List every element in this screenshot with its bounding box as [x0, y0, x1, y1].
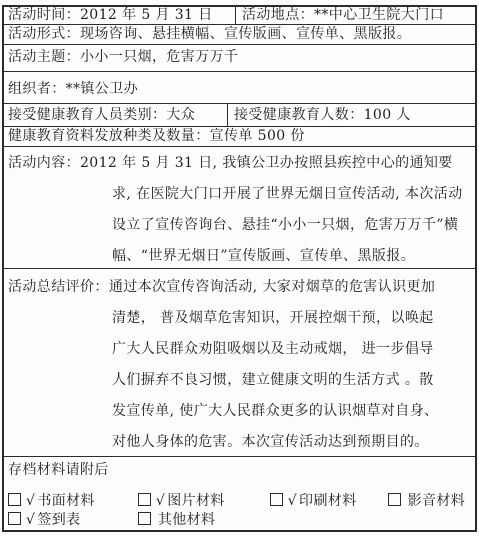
archive-item-label: 印刷材料 [299, 493, 357, 509]
archive-item-av-materials: 影音材料 [388, 492, 466, 511]
archive-item-other-materials: 其他材料 [138, 511, 216, 530]
archive-checkbox-line: √书面材料 √图片材料 √印刷材料 影音材料 [8, 492, 475, 511]
row-activity-theme: 活动主题：小小一只烟，危害万万千 [4, 45, 475, 72]
activity-location-cell: 活动地点：**中心卫生院大门口 [236, 7, 475, 24]
activity-theme-cell: 活动主题：小小一只烟，危害万万千 [4, 45, 475, 71]
checkbox-icon [8, 493, 21, 506]
checkbox-icon [270, 493, 283, 506]
row-materials: 健康教育资料发放种类及数量：宣传单 500 份 [4, 127, 475, 147]
activity-time-cell: 活动时间：2012 年 5 月 31 日 [4, 7, 236, 24]
checkbox-icon [138, 493, 151, 506]
summary-line: 清楚， 普及烟草危害知识，开展控烟干预，以唤起 [8, 303, 475, 334]
summary-line: 活动总结评价：通过本次宣传咨询活动, 大家对烟草的危害认识更加 [8, 272, 475, 303]
organizer-value: **镇公卫办 [66, 81, 138, 97]
checkbox-icon [138, 512, 151, 525]
activity-summary-cell: 活动总结评价：通过本次宣传咨询活动, 大家对烟草的危害认识更加 清楚， 普及烟草… [4, 269, 475, 456]
archive-title: 存档材料请附后 [8, 457, 475, 479]
checkbox-icon [8, 512, 21, 525]
checkbox-icon [388, 493, 401, 506]
audience-count-label: 接受健康教育人数： [234, 107, 364, 123]
activity-form-label: 活动形式： [8, 26, 80, 42]
row-organizer: 组织者：**镇公卫办 [4, 72, 475, 104]
materials-cell: 健康教育资料发放种类及数量：宣传单 500 份 [4, 127, 475, 146]
activity-content-cell: 活动内容：2012 年 5 月 31 日, 我镇公卫办按照县疾控中心的通知要 求… [4, 147, 475, 268]
row-archive-materials: 存档材料请附后 √书面材料 √图片材料 √印刷材料 影音材料 √签到表 其他材料 [4, 457, 475, 530]
archive-item-signin-sheet: √签到表 [8, 511, 133, 530]
content-line: 设立了宣传咨询台、悬挂“小小一只烟，危害万万千”横 [8, 210, 475, 241]
audience-type-label: 接受健康教育人员类别： [8, 107, 166, 123]
summary-line: 对他人身体的危害。本次宣传活动达到预期目的。 [8, 427, 475, 456]
activity-record-table: 活动时间：2012 年 5 月 31 日 活动地点：**中心卫生院大门口 活动形… [2, 5, 477, 532]
content-line: 求, 在医院大门口开展了世界无烟日宣传活动, 本次活动 [8, 179, 475, 210]
audience-count-cell: 接受健康教育人数：100 人 [228, 104, 475, 126]
summary-line-text: 通过本次宣传咨询活动, 大家对烟草的危害认识更加 [109, 279, 436, 295]
content-line: 活动内容：2012 年 5 月 31 日, 我镇公卫办按照县疾控中心的通知要 [8, 148, 475, 179]
archive-item-written-materials: √书面材料 [8, 492, 133, 511]
row-activity-form: 活动形式：现场咨询、悬挂横幅、宣传版画、宣传单、黑版报。 [4, 25, 475, 45]
archive-item-label: 书面材料 [37, 493, 95, 509]
activity-theme-label: 活动主题： [8, 49, 80, 65]
archive-item-photo-materials: √图片材料 [138, 492, 265, 511]
audience-count-value: 100 人 [364, 107, 411, 123]
audience-type-value: 大众 [166, 107, 195, 123]
health-education-activity-record: 活动时间：2012 年 5 月 31 日 活动地点：**中心卫生院大门口 活动形… [0, 0, 479, 536]
content-line: 幅、“世界无烟日”宣传版画、宣传单、黑版报。 [8, 241, 475, 268]
archive-cell: 存档材料请附后 √书面材料 √图片材料 √印刷材料 影音材料 √签到表 其他材料 [4, 457, 475, 530]
row-audience: 接受健康教育人员类别：大众 接受健康教育人数：100 人 [4, 104, 475, 127]
activity-location-label: 活动地点： [242, 7, 314, 23]
activity-location-value: **中心卫生院大门口 [314, 7, 444, 23]
activity-time-value: 2012 年 5 月 31 日 [80, 7, 213, 23]
materials-value: 宣传单 500 份 [210, 128, 305, 144]
content-line-text: 2012 年 5 月 31 日, 我镇公卫办按照县疾控中心的通知要 [80, 155, 453, 171]
row-activity-summary: 活动总结评价：通过本次宣传咨询活动, 大家对烟草的危害认识更加 清楚， 普及烟草… [4, 269, 475, 457]
archive-item-label: 图片材料 [167, 493, 225, 509]
summary-line: 人们摒弃不良习惯，建立健康文明的生活方式 。散 [8, 365, 475, 396]
row-time-location: 活动时间：2012 年 5 月 31 日 活动地点：**中心卫生院大门口 [4, 7, 475, 25]
activity-content-label: 活动内容： [8, 155, 80, 171]
summary-line: 广大人民群众劝阻吸烟以及主动戒烟， 进一步倡导 [8, 334, 475, 365]
row-activity-content: 活动内容：2012 年 5 月 31 日, 我镇公卫办按照县疾控中心的通知要 求… [4, 147, 475, 269]
audience-type-cell: 接受健康教育人员类别：大众 [4, 104, 228, 126]
check-mark: √ [288, 493, 297, 509]
archive-checkbox-line: √签到表 其他材料 [8, 511, 475, 530]
archive-item-print-materials: √印刷材料 [270, 492, 383, 511]
activity-form-value: 现场咨询、悬挂横幅、宣传版画、宣传单、黑版报。 [80, 26, 411, 42]
activity-form-cell: 活动形式：现场咨询、悬挂横幅、宣传版画、宣传单、黑版报。 [4, 25, 475, 44]
activity-time-label: 活动时间： [8, 7, 80, 23]
organizer-cell: 组织者：**镇公卫办 [4, 72, 475, 103]
archive-item-label: 签到表 [37, 512, 80, 528]
summary-line: 发宣传单, 使广大人民群众更多的认识烟草对自身、 [8, 396, 475, 427]
check-mark: √ [26, 493, 35, 509]
materials-label: 健康教育资料发放种类及数量： [8, 128, 210, 144]
archive-item-label: 其他材料 [158, 512, 216, 528]
organizer-label: 组织者： [8, 81, 66, 97]
activity-theme-value: 小小一只烟，危害万万千 [80, 49, 238, 65]
check-mark: √ [156, 493, 165, 509]
archive-item-label: 影音材料 [408, 493, 466, 509]
check-mark: √ [26, 512, 35, 528]
activity-summary-label: 活动总结评价： [8, 279, 109, 295]
